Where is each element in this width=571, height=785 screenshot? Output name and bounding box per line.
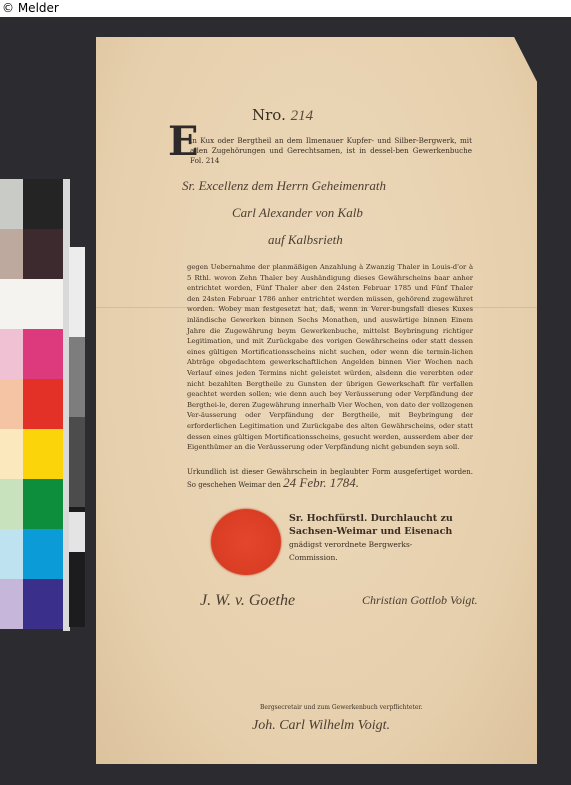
color-patch [0, 229, 23, 279]
color-patch [23, 179, 63, 229]
number-value: 214 [291, 108, 314, 124]
commission-line-3: gnädigst verordnete Bergwerks- [289, 538, 471, 551]
recipient-line-1: Sr. Excellenz dem Herrn Geheimenrath [182, 178, 386, 194]
attestation: Urkundlich ist dieser Gewährschein in be… [187, 467, 473, 490]
color-patch [0, 429, 23, 479]
commission-line-2: Sachsen-Weimar und Eisenach [289, 525, 471, 538]
grayscale-bar [69, 247, 85, 627]
color-patch [23, 229, 63, 279]
commission-line-1: Sr. Hochfürstl. Durchlaucht zu [289, 512, 471, 525]
color-patch [0, 279, 23, 329]
gray-step [69, 337, 85, 417]
color-patch [23, 379, 63, 429]
color-patch [23, 479, 63, 529]
footer-label: Bergsecretair und zum Gewerkenbuch verpf… [260, 704, 422, 711]
intro-text: in Kux oder Bergtheil an dem Ilmenauer K… [190, 136, 472, 166]
document-number: Nro. 214 [252, 106, 313, 125]
wax-seal [211, 509, 281, 575]
color-patch [23, 429, 63, 479]
color-patch [23, 579, 63, 629]
signature-right: Christian Gottlob Voigt. [362, 593, 478, 608]
color-patch [23, 329, 63, 379]
copyright-holder: Melder [18, 1, 59, 15]
gray-step [69, 512, 85, 552]
color-patch [23, 529, 63, 579]
color-patch [0, 579, 23, 629]
recipient-line-3: auf Kalbsrieth [268, 232, 343, 248]
commission-block: Sr. Hochfürstl. Durchlaucht zu Sachsen-W… [289, 512, 471, 564]
color-patch [0, 379, 23, 429]
color-patch [0, 529, 23, 579]
handwritten-date: 24 Febr. 1784. [283, 475, 359, 490]
copyright-caption: © Melder [0, 0, 571, 17]
gray-step [69, 417, 85, 507]
color-patch [0, 329, 23, 379]
recipient-line-2: Carl Alexander von Kalb [232, 205, 363, 221]
color-patch [23, 279, 63, 329]
color-patch [0, 479, 23, 529]
commission-line-4: Commission. [289, 551, 471, 564]
main-paragraph: gegen Uebernahme der planmäßigen Anzahlu… [187, 262, 473, 453]
number-label: Nro. [252, 106, 286, 124]
gray-step [69, 247, 85, 337]
copyright-icon: © [2, 1, 14, 15]
footer-signature: Joh. Carl Wilhelm Voigt. [252, 718, 390, 734]
color-patch [0, 179, 23, 229]
signature-left: J. W. v. Goethe [200, 592, 295, 610]
